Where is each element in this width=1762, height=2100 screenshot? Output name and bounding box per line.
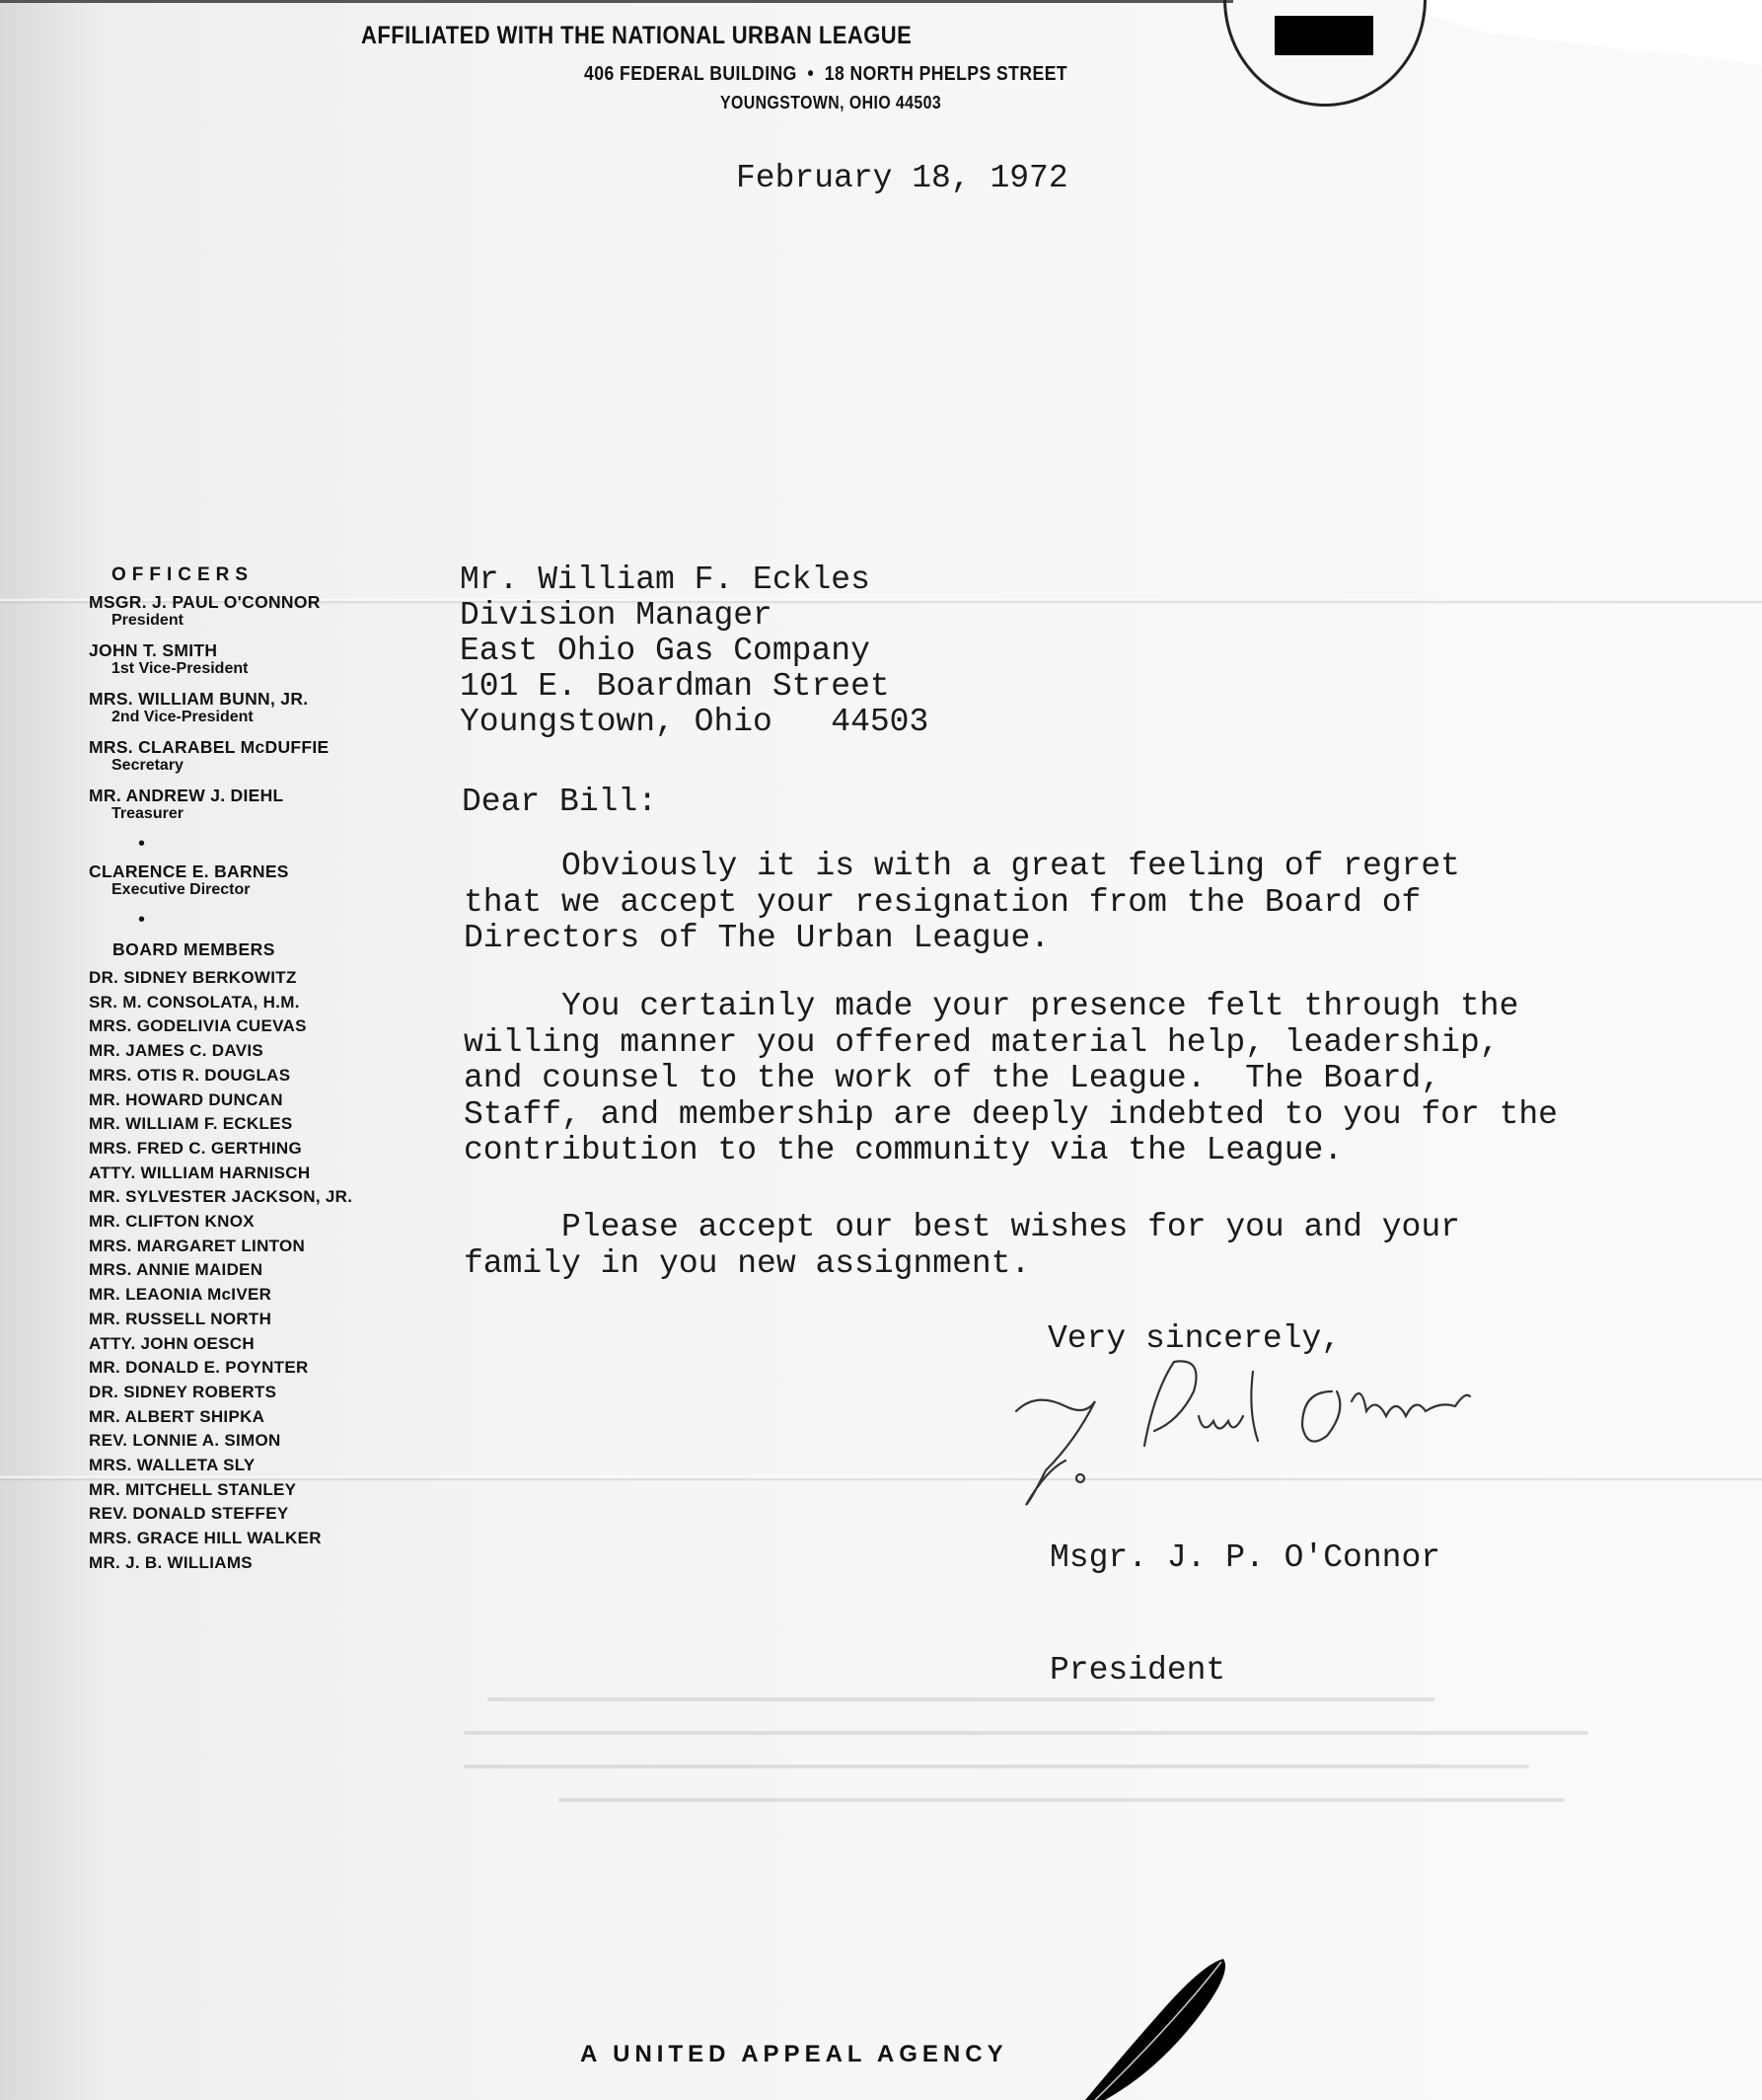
separator-bullet: • bbox=[138, 834, 414, 854]
officers-heading: OFFICERS bbox=[111, 564, 414, 586]
letterhead-affiliation: AFFILIATED WITH THE NATIONAL URBAN LEAGU… bbox=[361, 22, 912, 50]
signer-name: Msgr. J. P. O'Connor bbox=[1050, 1539, 1440, 1577]
recipient-address: Mr. William F. EcklesDivision ManagerEas… bbox=[460, 562, 928, 740]
board-member: MRS. ANNIE MAIDEN bbox=[89, 1258, 414, 1283]
body-line: Obviously it is with a great feeling of … bbox=[464, 849, 1460, 885]
officer-entry: MR. ANDREW J. DIEHLTreasurer bbox=[89, 786, 414, 822]
board-member: ATTY. WILLIAM HARNISCH bbox=[89, 1162, 414, 1186]
quill-feather-icon bbox=[1075, 1954, 1233, 2100]
recipient-line: Youngstown, Ohio 44503 bbox=[460, 705, 928, 740]
recipient-line: East Ohio Gas Company bbox=[460, 634, 928, 669]
board-member: DR. SIDNEY ROBERTS bbox=[89, 1381, 414, 1405]
officer-entry: MRS. WILLIAM BUNN, JR.2nd Vice-President bbox=[89, 689, 414, 725]
board-member: DR. SIDNEY BERKOWITZ bbox=[89, 966, 414, 991]
body-line: Directors of The Urban League. bbox=[464, 921, 1460, 957]
executive-director: CLARENCE E. BARNES Executive Director bbox=[89, 862, 414, 898]
board-member: MRS. GODELIVIA CUEVAS bbox=[89, 1014, 414, 1039]
board-member: MR. LEAONIA McIVER bbox=[89, 1283, 414, 1308]
officer-role: 1st Vice-President bbox=[111, 660, 414, 677]
board-member: MR. SYLVESTER JACKSON, JR. bbox=[89, 1185, 414, 1210]
torn-paper-corner bbox=[1421, 0, 1762, 69]
bleed-through-text bbox=[464, 1668, 1648, 1914]
recipient-line: Mr. William F. Eckles bbox=[460, 562, 928, 598]
body-line: Please accept our best wishes for you an… bbox=[464, 1210, 1460, 1246]
officer-name: JOHN T. SMITH bbox=[89, 640, 414, 660]
board-member: MRS. GRACE HILL WALKER bbox=[89, 1527, 414, 1551]
board-member: MR. DONALD E. POYNTER bbox=[89, 1356, 414, 1381]
board-member: MRS. WALLETA SLY bbox=[89, 1454, 414, 1478]
board-member: MR. RUSSELL NORTH bbox=[89, 1308, 414, 1332]
officer-name: MRS. CLARABEL McDUFFIE bbox=[89, 737, 414, 757]
board-member: MR. J. B. WILLIAMS bbox=[89, 1551, 414, 1576]
board-member: MR. ALBERT SHIPKA bbox=[89, 1405, 414, 1430]
officers-list: MSGR. J. PAUL O'CONNORPresidentJOHN T. S… bbox=[89, 592, 414, 822]
body-line: that we accept your resignation from the… bbox=[464, 885, 1460, 922]
letterhead-address: 406 FEDERAL BUILDING • 18 NORTH PHELPS S… bbox=[584, 63, 1067, 86]
board-member: MR. JAMES C. DAVIS bbox=[89, 1039, 414, 1064]
board-member: REV. DONALD STEFFEY bbox=[89, 1502, 414, 1527]
body-line: contribution to the community via the Le… bbox=[464, 1133, 1558, 1169]
board-member: MRS. FRED C. GERTHING bbox=[89, 1137, 414, 1162]
body-line: Staff, and membership are deeply indebte… bbox=[464, 1097, 1558, 1134]
footer-agency: A UNITED APPEAL AGENCY bbox=[580, 2041, 1008, 2068]
paper-edge bbox=[0, 0, 1233, 3]
body-line: and counsel to the work of the League. T… bbox=[464, 1061, 1558, 1097]
letterhead-city: YOUNGSTOWN, OHIO 44503 bbox=[720, 93, 941, 113]
officer-role: Executive Director bbox=[111, 881, 414, 898]
board-members-heading: BOARD MEMBERS bbox=[112, 939, 414, 960]
board-member: MR. WILLIAM F. ECKLES bbox=[89, 1112, 414, 1137]
body-paragraph: Obviously it is with a great feeling of … bbox=[464, 849, 1460, 957]
body-line: willing manner you offered material help… bbox=[464, 1025, 1558, 1062]
body-line: family in you new assignment. bbox=[464, 1246, 1460, 1283]
officer-name: MRS. WILLIAM BUNN, JR. bbox=[89, 689, 414, 709]
letter-date: February 18, 1972 bbox=[736, 160, 1068, 196]
body-paragraph: Please accept our best wishes for you an… bbox=[464, 1210, 1460, 1282]
redacted-block bbox=[1275, 16, 1373, 55]
officer-name: MR. ANDREW J. DIEHL bbox=[89, 786, 414, 805]
officer-role: Treasurer bbox=[111, 805, 414, 822]
body-paragraph: You certainly made your presence felt th… bbox=[464, 989, 1558, 1169]
board-member: MR. CLIFTON KNOX bbox=[89, 1210, 414, 1235]
salutation: Dear Bill: bbox=[462, 784, 657, 820]
officer-entry: MSGR. J. PAUL O'CONNORPresident bbox=[89, 592, 414, 629]
officer-entry: JOHN T. SMITH1st Vice-President bbox=[89, 640, 414, 677]
board-member: MRS. MARGARET LINTON bbox=[89, 1235, 414, 1259]
board-member: REV. LONNIE A. SIMON bbox=[89, 1429, 414, 1454]
board-member: SR. M. CONSOLATA, H.M. bbox=[89, 991, 414, 1015]
officer-name: MSGR. J. PAUL O'CONNOR bbox=[89, 592, 414, 612]
recipient-line: Division Manager bbox=[460, 598, 928, 634]
officer-role: 2nd Vice-President bbox=[111, 709, 414, 725]
board-member: MRS. OTIS R. DOUGLAS bbox=[89, 1064, 414, 1088]
officer-role: President bbox=[111, 612, 414, 629]
board-member: ATTY. JOHN OESCH bbox=[89, 1332, 414, 1357]
recipient-line: 101 E. Boardman Street bbox=[460, 669, 928, 705]
separator-bullet: • bbox=[138, 910, 414, 930]
board-member: MR. HOWARD DUNCAN bbox=[89, 1088, 414, 1113]
officer-entry: MRS. CLARABEL McDUFFIESecretary bbox=[89, 737, 414, 774]
board-member: MR. MITCHELL STANLEY bbox=[89, 1478, 414, 1503]
officer-role: Secretary bbox=[111, 757, 414, 774]
officer-name: CLARENCE E. BARNES bbox=[89, 862, 414, 881]
letterhead-sidebar: OFFICERS MSGR. J. PAUL O'CONNORPresident… bbox=[89, 564, 414, 1576]
body-line: You certainly made your presence felt th… bbox=[464, 989, 1558, 1025]
board-members-list: DR. SIDNEY BERKOWITZSR. M. CONSOLATA, H.… bbox=[89, 966, 414, 1576]
